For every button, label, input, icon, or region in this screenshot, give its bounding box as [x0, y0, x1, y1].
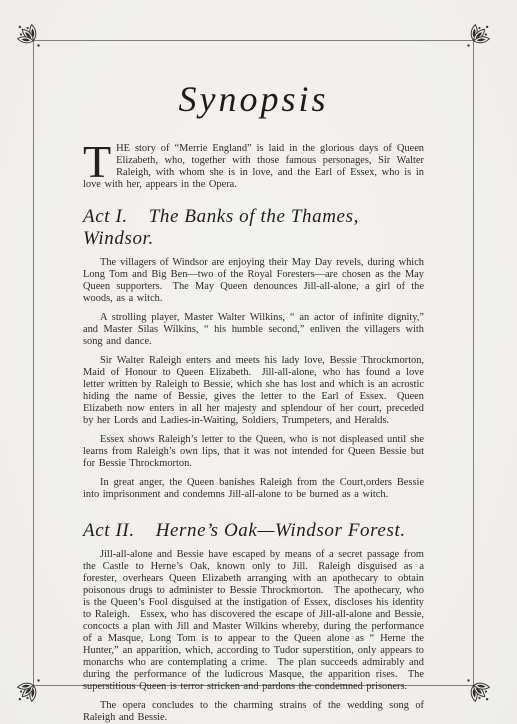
drop-cap: T	[83, 145, 111, 178]
decorative-border-frame: Synopsis THE story of “Merrie England” i…	[33, 40, 474, 686]
paragraph: Jill-all-alone and Bessie have escaped b…	[83, 549, 424, 693]
paragraph: Sir Walter Raleigh enters and meets his …	[83, 355, 424, 427]
act-1-label: Act I.	[83, 206, 128, 228]
act-1-section: Act I.The Banks of the Thames, Windsor. …	[83, 206, 424, 501]
intro-paragraph: THE story of “Merrie England” is laid in…	[83, 143, 424, 191]
floral-corner-icon	[1, 8, 45, 52]
act-2-label: Act II.	[83, 520, 135, 542]
paragraph: A strolling player, Master Walter Wilkin…	[83, 312, 424, 348]
floral-corner-icon	[462, 8, 506, 52]
act-1-heading: Act I.The Banks of the Thames, Windsor.	[83, 206, 424, 250]
synopsis-page: Synopsis THE story of “Merrie England” i…	[0, 0, 517, 724]
act-2-section: Act II.Herne’s Oak—Windsor Forest. Jill-…	[83, 520, 424, 724]
paragraph: The villagers of Windsor are enjoying th…	[83, 257, 424, 305]
page-title: Synopsis	[83, 80, 424, 120]
intro-text: HE story of “Merrie England” is laid in …	[83, 143, 424, 190]
page-content: Synopsis THE story of “Merrie England” i…	[83, 41, 424, 724]
paragraph: In great anger, the Queen banishes Ralei…	[83, 477, 424, 501]
paragraph: Essex shows Raleigh’s letter to the Quee…	[83, 434, 424, 470]
act-2-heading: Act II.Herne’s Oak—Windsor Forest.	[83, 520, 424, 542]
paragraph: The opera concludes to the charming stra…	[83, 700, 424, 724]
floral-corner-icon	[462, 674, 506, 718]
floral-corner-icon	[1, 674, 45, 718]
act-2-title: Herne’s Oak—Windsor Forest.	[156, 520, 406, 541]
